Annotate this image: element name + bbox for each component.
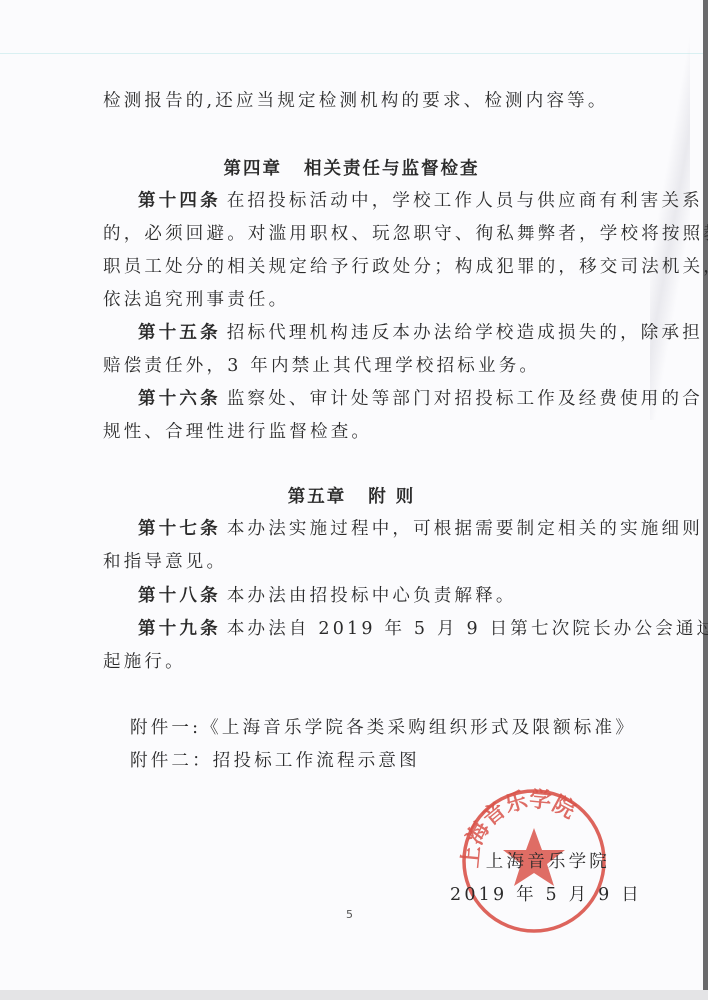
article-17-line-1: 第十七条本办法实施过程中，可根据需要制定相关的实施细则 (138, 518, 638, 540)
article-16-label: 第十六条 (138, 389, 221, 409)
chapter-4-heading: 第四章相关责任与监督检查 (0, 158, 703, 180)
article-17-label: 第十七条 (138, 519, 221, 539)
article-14-line-2: 的，必须回避。对滥用职权、玩忽职守、徇私舞弊者，学校将按照教 (103, 223, 603, 245)
article-17-text: 本办法实施过程中，可根据需要制定相关的实施细则 (227, 519, 703, 539)
article-18-line-1: 第十八条本办法由招投标中心负责解释。 (138, 585, 638, 607)
article-14-label: 第十四条 (138, 191, 221, 211)
article-15-line-2: 赔偿责任外，3 年内禁止其代理学校招标业务。 (103, 355, 603, 377)
article-14-line-4: 依法追究刑事责任。 (103, 289, 603, 311)
signature-organization: 上海音乐学院 (450, 851, 610, 873)
page-number: 5 (346, 908, 353, 921)
attachment-1: 附件一:《上海音乐学院各类采购组织形式及限额标准》 (130, 717, 630, 739)
article-18-label: 第十八条 (138, 586, 221, 606)
attachment-2: 附件二：招投标工作流程示意图 (130, 750, 630, 772)
article-14-text: 在招投标活动中，学校工作人员与供应商有利害关系 (227, 191, 703, 211)
article-14-line-1: 第十四条在招投标活动中，学校工作人员与供应商有利害关系 (138, 190, 638, 212)
chapter-5-heading: 第五章附 则 (0, 486, 703, 508)
article-16-line-1: 第十六条监察处、审计处等部门对招投标工作及经费使用的合 (138, 388, 638, 410)
article-19-line-1: 第十九条本办法自 2019 年 5 月 9 日第七次院长办公会通过之日 (138, 618, 638, 640)
chapter-5-number: 第五章 (288, 487, 347, 507)
article-15-text: 招标代理机构违反本办法给学校造成损失的，除承担 (227, 323, 703, 343)
article-19-label: 第十九条 (138, 619, 221, 639)
chapter-4-number: 第四章 (224, 159, 283, 179)
article-15-label: 第十五条 (138, 323, 221, 343)
continuation-text: 检测报告的,还应当规定检测机构的要求、检测内容等。 (103, 90, 603, 112)
article-16-text: 监察处、审计处等部门对招投标工作及经费使用的合 (227, 389, 703, 409)
article-17-line-2: 和指导意见。 (103, 551, 603, 573)
chapter-5-title: 附 则 (368, 487, 415, 507)
article-19-text: 本办法自 2019 年 5 月 9 日第七次院长办公会通过之日 (227, 619, 708, 639)
article-19-line-2: 起施行。 (103, 651, 603, 673)
article-14-line-3: 职员工处分的相关规定给予行政处分；构成犯罪的，移交司法机关， (103, 256, 603, 278)
article-18-text: 本办法由招投标中心负责解释。 (227, 586, 517, 606)
article-15-line-1: 第十五条招标代理机构违反本办法给学校造成损失的，除承担 (138, 322, 638, 344)
signature-date: 2019 年 5 月 9 日 (450, 884, 610, 906)
chapter-4-title: 相关责任与监督检查 (304, 159, 480, 179)
article-16-line-2: 规性、合理性进行监督检查。 (103, 421, 603, 443)
document-page: 检测报告的,还应当规定检测机构的要求、检测内容等。 第四章相关责任与监督检查 第… (0, 0, 708, 990)
